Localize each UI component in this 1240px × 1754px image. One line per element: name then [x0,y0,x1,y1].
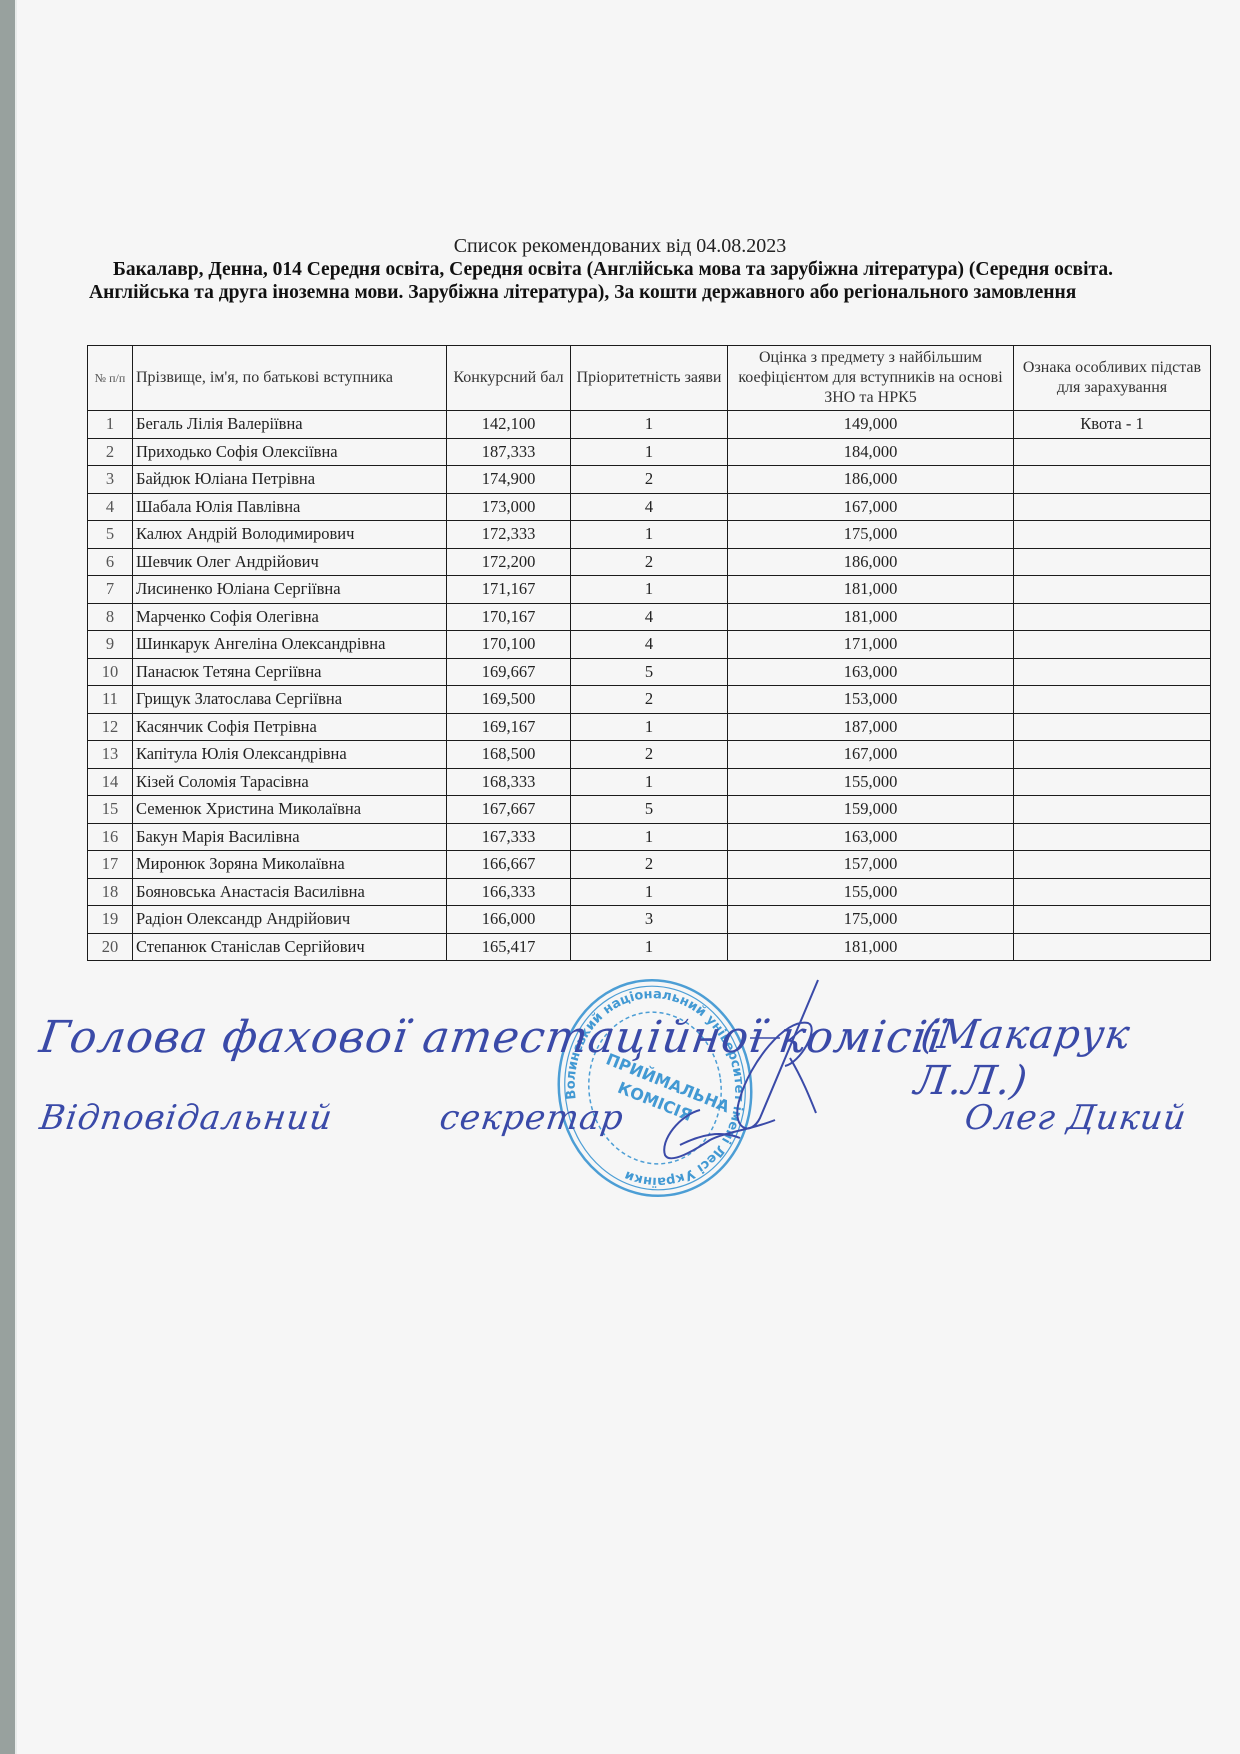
header-name: Прізвище, ім'я, по батькові вступника [133,346,447,411]
application-priority: 1 [571,823,728,851]
row-number: 5 [88,521,133,549]
applicant-name: Миронюк Зоряна Миколаївна [133,851,447,879]
header-subject-score: Оцінка з предмету з найбільшим коефіцієн… [728,346,1014,411]
subject-score: 187,000 [728,713,1014,741]
row-number: 17 [88,851,133,879]
special-grounds [1014,933,1211,961]
competitive-score: 170,167 [447,603,571,631]
applicant-name: Бакун Марія Василівна [133,823,447,851]
table-row: 3Байдюк Юліана Петрівна174,9002186,000 [88,466,1211,494]
competitive-score: 172,200 [447,548,571,576]
application-priority: 4 [571,631,728,659]
subject-score: 184,000 [728,438,1014,466]
subject-score: 186,000 [728,548,1014,576]
row-number: 3 [88,466,133,494]
subject-score: 167,000 [728,741,1014,769]
subject-score: 159,000 [728,796,1014,824]
row-number: 11 [88,686,133,714]
competitive-score: 174,900 [447,466,571,494]
special-grounds [1014,713,1211,741]
table-row: 8Марченко Софія Олегівна170,1674181,000 [88,603,1211,631]
competitive-score: 168,333 [447,768,571,796]
application-priority: 4 [571,493,728,521]
special-grounds [1014,548,1211,576]
applicant-name: Касянчик Софія Петрівна [133,713,447,741]
subject-score: 155,000 [728,878,1014,906]
application-priority: 1 [571,878,728,906]
competitive-score: 166,333 [447,878,571,906]
application-priority: 1 [571,438,728,466]
application-priority: 1 [571,521,728,549]
application-priority: 1 [571,768,728,796]
special-grounds [1014,878,1211,906]
subject-score: 181,000 [728,933,1014,961]
competitive-score: 169,667 [447,658,571,686]
subject-score: 149,000 [728,411,1014,439]
applicant-name: Капітула Юлія Олександрівна [133,741,447,769]
special-grounds [1014,603,1211,631]
table-row: 10Панасюк Тетяна Сергіївна169,6675163,00… [88,658,1211,686]
competitive-score: 171,167 [447,576,571,604]
application-priority: 1 [571,576,728,604]
chair-name-handwriting: (Макарук Л.Л.) [912,1012,1240,1104]
secretary-label-handwriting: Відповідальний [37,1098,335,1138]
applicant-name: Бегаль Лілія Валеріївна [133,411,447,439]
competitive-score: 168,500 [447,741,571,769]
row-number: 20 [88,933,133,961]
secretary-name-handwriting: Олег Дикий [962,1098,1189,1138]
application-priority: 4 [571,603,728,631]
table-row: 13Капітула Юлія Олександрівна168,5002167… [88,741,1211,769]
application-priority: 1 [571,411,728,439]
row-number: 1 [88,411,133,439]
application-priority: 1 [571,933,728,961]
application-priority: 2 [571,686,728,714]
row-number: 18 [88,878,133,906]
header-score: Конкурсний бал [447,346,571,411]
special-grounds [1014,658,1211,686]
subject-score: 175,000 [728,521,1014,549]
applicant-name: Шевчик Олег Андрійович [133,548,447,576]
row-number: 2 [88,438,133,466]
document-subtitle: Бакалавр, Денна, 014 Середня освіта, Сер… [89,258,1214,304]
competitive-score: 172,333 [447,521,571,549]
row-number: 16 [88,823,133,851]
competitive-score: 165,417 [447,933,571,961]
competitive-score: 169,167 [447,713,571,741]
table-row: 4Шабала Юлія Павлівна173,0004167,000 [88,493,1211,521]
applicant-name: Кізей Соломія Тарасівна [133,768,447,796]
subject-score: 157,000 [728,851,1014,879]
row-number: 15 [88,796,133,824]
applicant-name: Шабала Юлія Павлівна [133,493,447,521]
special-grounds [1014,741,1211,769]
competitive-score: 167,333 [447,823,571,851]
row-number: 19 [88,906,133,934]
table-row: 5Калюх Андрій Володимирович172,3331175,0… [88,521,1211,549]
row-number: 7 [88,576,133,604]
applicant-name: Лисиненко Юліана Сергіївна [133,576,447,604]
table-row: 17Миронюк Зоряна Миколаївна166,6672157,0… [88,851,1211,879]
table-row: 11Грищук Златослава Сергіївна169,5002153… [88,686,1211,714]
application-priority: 2 [571,741,728,769]
applicant-name: Панасюк Тетяна Сергіївна [133,658,447,686]
subject-score: 167,000 [728,493,1014,521]
row-number: 9 [88,631,133,659]
competitive-score: 169,500 [447,686,571,714]
competitive-score: 166,667 [447,851,571,879]
subject-score: 171,000 [728,631,1014,659]
competitive-score: 167,667 [447,796,571,824]
row-number: 13 [88,741,133,769]
table-row: 16Бакун Марія Василівна167,3331163,000 [88,823,1211,851]
applicant-name: Бояновська Анастасія Василівна [133,878,447,906]
applicant-name: Семенюк Христина Миколаївна [133,796,447,824]
special-grounds: Квота - 1 [1014,411,1211,439]
special-grounds [1014,466,1211,494]
special-grounds [1014,768,1211,796]
subject-score: 155,000 [728,768,1014,796]
table-row: 15Семенюк Христина Миколаївна167,6675159… [88,796,1211,824]
application-priority: 3 [571,906,728,934]
table-row: 14Кізей Соломія Тарасівна168,3331155,000 [88,768,1211,796]
applicant-name: Калюх Андрій Володимирович [133,521,447,549]
table-header-row: № п/п Прізвище, ім'я, по батькові вступн… [88,346,1211,411]
subject-score: 181,000 [728,576,1014,604]
subject-score: 153,000 [728,686,1014,714]
row-number: 10 [88,658,133,686]
applicant-name: Радіон Олександр Андрійович [133,906,447,934]
subject-score: 163,000 [728,658,1014,686]
scan-edge-strip [0,0,17,1754]
applicant-name: Марченко Софія Олегівна [133,603,447,631]
special-grounds [1014,823,1211,851]
row-number: 4 [88,493,133,521]
secretary-label2-handwriting: секретар [437,1098,626,1138]
competitive-score: 187,333 [447,438,571,466]
table-row: 19Радіон Олександр Андрійович166,0003175… [88,906,1211,934]
chair-label-handwriting: Голова фахової атестаційної комісії [36,1012,946,1063]
application-priority: 2 [571,851,728,879]
table-row: 7Лисиненко Юліана Сергіївна171,1671181,0… [88,576,1211,604]
table-row: 1Бегаль Лілія Валеріївна142,1001149,000К… [88,411,1211,439]
application-priority: 5 [571,658,728,686]
header-priority: Пріоритетність заяви [571,346,728,411]
applicant-name: Грищук Златослава Сергіївна [133,686,447,714]
applicant-name: Степанюк Станіслав Сергійович [133,933,447,961]
special-grounds [1014,576,1211,604]
header-special-grounds: Ознака особливих підстав для зарахування [1014,346,1211,411]
applicant-name: Шинкарук Ангеліна Олександрівна [133,631,447,659]
special-grounds [1014,493,1211,521]
subject-score: 181,000 [728,603,1014,631]
document-title: Список рекомендованих від 04.08.2023 [0,234,1240,258]
special-grounds [1014,521,1211,549]
row-number: 14 [88,768,133,796]
subject-score: 175,000 [728,906,1014,934]
competitive-score: 142,100 [447,411,571,439]
application-priority: 1 [571,713,728,741]
row-number: 6 [88,548,133,576]
special-grounds [1014,796,1211,824]
application-priority: 2 [571,466,728,494]
competitive-score: 170,100 [447,631,571,659]
special-grounds [1014,438,1211,466]
row-number: 8 [88,603,133,631]
competitive-score: 166,000 [447,906,571,934]
special-grounds [1014,851,1211,879]
table-row: 2Приходько Софія Олексіївна187,3331184,0… [88,438,1211,466]
table-row: 18Бояновська Анастасія Василівна166,3331… [88,878,1211,906]
row-number: 12 [88,713,133,741]
subject-score: 186,000 [728,466,1014,494]
secretary-signature [640,1100,780,1170]
applicant-name: Приходько Софія Олексіївна [133,438,447,466]
competitive-score: 173,000 [447,493,571,521]
application-priority: 5 [571,796,728,824]
application-priority: 2 [571,548,728,576]
special-grounds [1014,686,1211,714]
applicant-name: Байдюк Юліана Петрівна [133,466,447,494]
table-row: 20Степанюк Станіслав Сергійович165,41711… [88,933,1211,961]
table-row: 12Касянчик Софія Петрівна169,1671187,000 [88,713,1211,741]
table-row: 9Шинкарук Ангеліна Олександрівна170,1004… [88,631,1211,659]
special-grounds [1014,906,1211,934]
header-number: № п/п [88,346,133,411]
special-grounds [1014,631,1211,659]
recommended-applicants-table: № п/п Прізвище, ім'я, по батькові вступн… [87,345,1211,961]
subject-score: 163,000 [728,823,1014,851]
table-row: 6Шевчик Олег Андрійович172,2002186,000 [88,548,1211,576]
